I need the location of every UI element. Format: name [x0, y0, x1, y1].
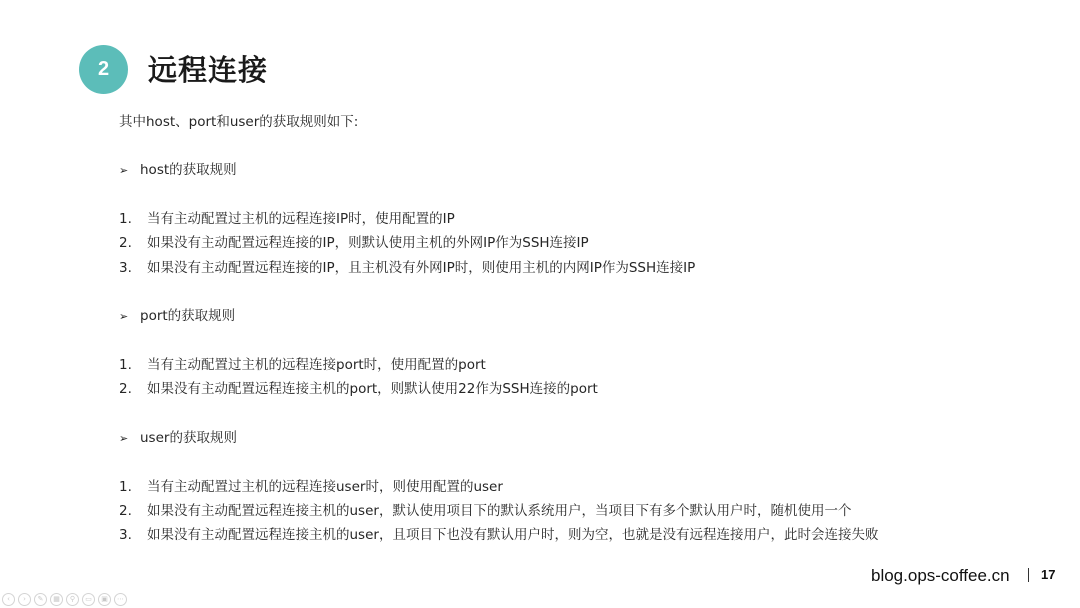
page-number: 17	[1041, 567, 1055, 582]
list-item: 1.当有主动配置过主机的远程连接IP时，使用配置的IP	[119, 209, 455, 229]
pen-icon[interactable]: ✎	[34, 593, 47, 606]
list-item: 2.如果没有主动配置远程连接的IP，则默认使用主机的外网IP作为SSH连接IP	[119, 233, 589, 253]
camera-icon[interactable]: ▣	[98, 593, 111, 606]
list-item: 2.如果没有主动配置远程连接主机的port，则默认使用22作为SSH连接的por…	[119, 379, 598, 399]
list-item: 1.当有主动配置过主机的远程连接port时，使用配置的port	[119, 355, 486, 375]
presentation-toolbar: ‹ › ✎ ▦ ⚲ ▭ ▣ ⋯	[2, 593, 127, 606]
section-number-badge: 2	[79, 45, 128, 94]
footer-url: blog.ops-coffee.cn	[871, 566, 1010, 586]
section-heading-user: ➢user的获取规则	[119, 428, 237, 449]
intro-text: 其中host、port和user的获取规则如下:	[119, 112, 358, 132]
list-item: 3.如果没有主动配置远程连接的IP，且主机没有外网IP时，则使用主机的内网IP作…	[119, 258, 695, 278]
zoom-icon[interactable]: ⚲	[66, 593, 79, 606]
arrow-bullet-icon: ➢	[119, 161, 140, 181]
previous-slide-icon[interactable]: ‹	[2, 593, 15, 606]
section-heading-port: ➢port的获取规则	[119, 306, 235, 327]
slide-title: 远程连接	[148, 50, 268, 90]
more-options-icon[interactable]: ⋯	[114, 593, 127, 606]
next-slide-icon[interactable]: ›	[18, 593, 31, 606]
subtitles-icon[interactable]: ▭	[82, 593, 95, 606]
arrow-bullet-icon: ➢	[119, 429, 140, 449]
section-heading-host: ➢host的获取规则	[119, 160, 237, 181]
list-item: 3.如果没有主动配置远程连接主机的user，且项目下也没有默认用户时，则为空，也…	[119, 525, 878, 545]
slide-sorter-icon[interactable]: ▦	[50, 593, 63, 606]
footer-divider	[1028, 568, 1029, 582]
list-item: 1.当有主动配置过主机的远程连接user时，则使用配置的user	[119, 477, 503, 497]
list-item: 2.如果没有主动配置远程连接主机的user，默认使用项目下的默认系统用户，当项目…	[119, 501, 851, 521]
arrow-bullet-icon: ➢	[119, 307, 140, 327]
